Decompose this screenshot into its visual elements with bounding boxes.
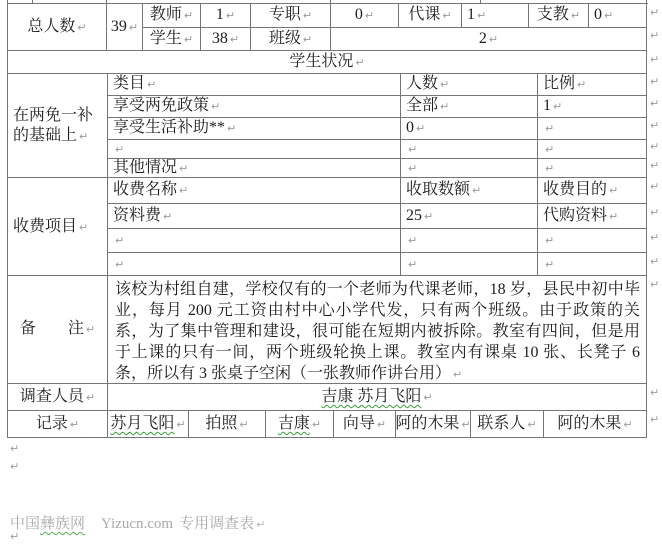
benefit-row-count: 0↵ <box>401 118 538 140</box>
investigators-label: 调查人员↵ <box>8 384 108 411</box>
paragraph-mark-icon: ↵ <box>545 144 554 155</box>
paragraph-mark-icon: ↵ <box>489 34 498 45</box>
paragraph-mark-icon: ↵ <box>86 392 95 403</box>
paragraph-mark-icon: ↵ <box>115 235 124 246</box>
watermark-brand: 彝族网 <box>40 516 85 532</box>
benefit-section-label: 在两免一补 的基础上↵ <box>8 74 108 178</box>
fee-row-amount: ↵ <box>401 253 538 276</box>
support-teach-label: 支教↵ <box>529 4 589 28</box>
paragraph-mark-icon: ↵ <box>545 163 554 174</box>
paragraph-mark-icon: ↵ <box>312 419 321 430</box>
benefit-row-category: 其他情况↵ <box>108 159 401 178</box>
benefit-row-ratio: 1↵ <box>538 96 647 118</box>
investigators-value: 吉康 苏月飞阳↵ <box>108 384 647 411</box>
recorder-name: 苏月飞阳↵ <box>108 411 189 438</box>
guide-label: 向导↵ <box>334 411 396 438</box>
paragraph-mark-icon: ↵ <box>115 144 124 155</box>
benefit-label-line2: 的基础上↵ <box>13 126 88 146</box>
row-end-mark-icon: ↵ <box>650 54 659 65</box>
paragraph-mark-icon: ↵ <box>423 392 432 403</box>
benefit-label-line1: 在两免一补 <box>13 106 93 126</box>
paragraph-mark-icon: ↵ <box>239 419 248 430</box>
paragraph-mark-icon: ↵ <box>408 144 417 155</box>
category-header: 类目↵ <box>108 74 401 96</box>
paragraph-mark-icon: ↵ <box>623 419 632 430</box>
paragraph-mark-icon: ↵ <box>545 123 554 134</box>
fee-row-name: ↵ <box>108 229 401 253</box>
survey-table: 总人数↵ 39↵ 教师↵ 1↵ 专职↵ 0↵ 代课↵ 1↵ 支教↵ 0↵ 学生↵… <box>7 3 648 438</box>
fees-label-text: 收费项目↵ <box>13 217 88 237</box>
paragraph-mark-icon: ↵ <box>179 163 188 174</box>
photographer-name: 吉康↵ <box>266 411 334 438</box>
fulltime-label: 专职↵ <box>251 4 331 28</box>
watermark-line: 中国彝族网Yizucn.com专用调查表↵ <box>10 512 265 533</box>
paragraph-mark-icon: ↵ <box>179 185 188 196</box>
row-end-mark-icon: ↵ <box>650 207 659 218</box>
paragraph-mark-icon: ↵ <box>440 101 449 112</box>
row-end-mark-icon: ↵ <box>650 160 659 171</box>
teachers-label: 教师↵ <box>143 4 201 28</box>
contact-label: 联系人↵ <box>471 411 544 438</box>
paragraph-mark-icon: ↵ <box>477 10 486 21</box>
paragraph-mark-icon: ↵ <box>440 79 449 90</box>
benefit-row-count: ↵ <box>401 140 538 159</box>
students-label: 学生↵ <box>143 28 201 51</box>
benefit-row-count: 全部↵ <box>401 96 538 118</box>
watermark-suffix: 专用调查表 <box>179 516 254 532</box>
fulltime-value: 0↵ <box>331 4 399 28</box>
paragraph-mark-icon: ↵ <box>184 34 193 45</box>
fees-section: 收费项目↵ 收费名称↵ 收取数额↵ 收费目的↵ 资料费↵ 25↵ 代购资料↵ ↵… <box>8 178 648 276</box>
classes-value: 2↵ <box>331 28 647 51</box>
paragraph-mark-icon: ↵ <box>230 34 239 45</box>
total-people-label: 总人数↵ <box>8 4 107 51</box>
paragraph-mark-icon: ↵ <box>453 368 462 381</box>
fee-row-amount: ↵ <box>401 229 538 253</box>
paragraph-mark-icon: ↵ <box>355 57 364 68</box>
student-status-header: 学生状况↵ <box>8 51 647 74</box>
paragraph-mark-icon: ↵ <box>424 211 433 222</box>
count-header: 人数↵ <box>401 74 538 96</box>
paragraph-mark-icon: ↵ <box>571 10 580 21</box>
paragraph-mark-icon: ↵ <box>77 22 86 33</box>
row-end-mark-icon: ↵ <box>650 7 659 18</box>
paragraph-mark-icon: ↵ <box>227 123 236 134</box>
paragraph-mark-icon: ↵ <box>70 419 79 430</box>
paragraph-mark-icon: ↵ <box>79 130 88 143</box>
paragraph-mark-icon: ↵ <box>129 22 138 33</box>
paragraph-mark-icon: ↵ <box>115 259 124 270</box>
paragraph-mark-icon: ↵ <box>303 10 312 21</box>
row-end-mark-icon: ↵ <box>650 76 659 87</box>
paragraph-mark-icon: ↵ <box>10 461 19 472</box>
paragraph-mark-icon: ↵ <box>303 34 312 45</box>
contact-name: 阿的木果↵ <box>544 411 647 438</box>
fees-section-label: 收费项目↵ <box>8 178 108 276</box>
substitute-value: 1↵ <box>462 4 529 28</box>
paragraph-mark-icon: ↵ <box>416 123 425 134</box>
remarks-text: 该校为村组自建，学校仅有的一个老师为代课老师，18 岁，县民中初中毕业，每月 2… <box>108 276 647 384</box>
row-end-mark-icon: ↵ <box>650 256 659 267</box>
paragraph-mark-icon: ↵ <box>408 235 417 246</box>
row-end-mark-icon: ↵ <box>650 232 659 243</box>
classes-label: 班级↵ <box>251 28 331 51</box>
substitute-label: 代课↵ <box>399 4 462 28</box>
fee-purpose-header: 收费目的↵ <box>538 178 647 204</box>
paragraph-mark-icon: ↵ <box>163 211 172 222</box>
fee-row-name: ↵ <box>108 253 401 276</box>
paragraph-mark-icon: ↵ <box>10 531 19 542</box>
paragraph-mark-icon: ↵ <box>408 259 417 270</box>
paragraph-mark-icon: ↵ <box>604 10 613 21</box>
remarks-section: 备 注↵ 该校为村组自建，学校仅有的一个老师为代课老师，18 岁，县民中初中毕业… <box>8 276 648 384</box>
paragraph-mark-icon: ↵ <box>461 419 470 430</box>
paragraph-mark-icon: ↵ <box>86 324 95 335</box>
teachers-value: 1↵ <box>201 4 251 28</box>
fee-amount-header: 收取数额↵ <box>401 178 538 204</box>
fee-row-purpose: 代购资料↵ <box>538 204 647 229</box>
paragraph-mark-icon: ↵ <box>184 10 193 21</box>
fee-row-amount: 25↵ <box>401 204 538 229</box>
totals-section: 总人数↵ 39↵ 教师↵ 1↵ 专职↵ 0↵ 代课↵ 1↵ 支教↵ 0↵ 学生↵… <box>8 4 648 51</box>
paragraph-mark-icon: ↵ <box>10 443 19 454</box>
paragraph-mark-icon: ↵ <box>408 163 417 174</box>
guide-name: 阿的木果↵ <box>396 411 471 438</box>
paragraph-mark-icon: ↵ <box>545 259 554 270</box>
row-end-mark-icon: ↵ <box>650 120 659 131</box>
row-end-mark-icon: ↵ <box>650 181 659 192</box>
watermark-site: Yizucn.com <box>101 516 173 532</box>
row-end-mark-icon: ↵ <box>650 414 659 425</box>
fee-row-purpose: ↵ <box>538 253 647 276</box>
paragraph-mark-icon: ↵ <box>147 79 156 90</box>
row-end-mark-icon: ↵ <box>650 30 659 41</box>
credits-row: 记录↵ 苏月飞阳↵ 拍照↵ 吉康↵ 向导↵ 阿的木果↵ 联系人↵ 阿的木果↵ <box>8 411 648 438</box>
fee-name-header: 收费名称↵ <box>108 178 401 204</box>
row-end-mark-icon: ↵ <box>650 141 659 152</box>
paragraph-mark-icon: ↵ <box>226 10 235 21</box>
remarks-label: 备 注↵ <box>8 276 108 384</box>
fee-row-name: 资料费↵ <box>108 204 401 229</box>
benefit-row-category: ↵ <box>108 140 401 159</box>
student-status-row: 学生状况↵ <box>8 51 648 74</box>
benefit-row-category: 享受生活补助**↵ <box>108 118 401 140</box>
paragraph-mark-icon: ↵ <box>553 101 562 112</box>
paragraph-mark-icon: ↵ <box>377 419 386 430</box>
paragraph-mark-icon: ↵ <box>256 518 265 531</box>
paragraph-mark-icon: ↵ <box>472 185 481 196</box>
row-end-mark-icon: ↵ <box>650 279 659 290</box>
fee-row-purpose: ↵ <box>538 229 647 253</box>
students-value: 38↵ <box>201 28 251 51</box>
paragraph-mark-icon: ↵ <box>545 235 554 246</box>
support-teach-value: 0↵ <box>589 4 647 28</box>
benefit-row-count: ↵ <box>401 159 538 178</box>
ratio-header: 比例↵ <box>538 74 647 96</box>
paragraph-mark-icon: ↵ <box>211 101 220 112</box>
paragraph-mark-icon: ↵ <box>442 10 451 21</box>
paragraph-mark-icon: ↵ <box>609 185 618 196</box>
photo-label: 拍照↵ <box>189 411 266 438</box>
paragraph-mark-icon: ↵ <box>577 79 586 90</box>
benefit-row-ratio: ↵ <box>538 140 647 159</box>
document-page: 总人数↵ 39↵ 教师↵ 1↵ 专职↵ 0↵ 代课↵ 1↵ 支教↵ 0↵ 学生↵… <box>0 0 662 544</box>
benefit-row-category: 享受两免政策↵ <box>108 96 401 118</box>
investigators-row: 调查人员↵ 吉康 苏月飞阳↵ <box>8 384 648 411</box>
row-end-mark-icon: ↵ <box>650 98 659 109</box>
benefit-row-ratio: ↵ <box>538 159 647 178</box>
benefit-section: 在两免一补 的基础上↵ 类目↵ 人数↵ 比例↵ 享受两免政策↵ 全部↵ 1↵ 享… <box>8 74 648 178</box>
row-end-mark-icon: ↵ <box>650 387 659 398</box>
paragraph-mark-icon: ↵ <box>609 211 618 222</box>
benefit-row-ratio: ↵ <box>538 118 647 140</box>
record-label: 记录↵ <box>8 411 108 438</box>
paragraph-mark-icon: ↵ <box>79 221 88 234</box>
paragraph-mark-icon: ↵ <box>176 419 185 430</box>
total-people-value: 39↵ <box>107 4 143 51</box>
paragraph-mark-icon: ↵ <box>527 419 536 430</box>
paragraph-mark-icon: ↵ <box>365 10 374 21</box>
